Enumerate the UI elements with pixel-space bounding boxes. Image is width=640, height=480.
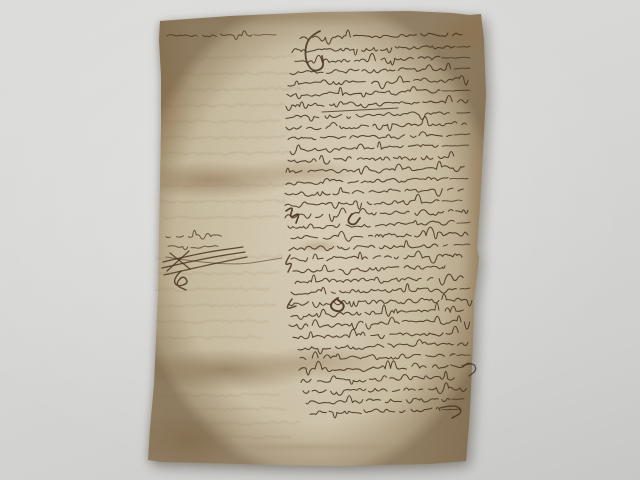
paper-shadow — [0, 0, 640, 480]
photo-backdrop — [0, 0, 640, 480]
manuscript-page — [146, 10, 488, 468]
